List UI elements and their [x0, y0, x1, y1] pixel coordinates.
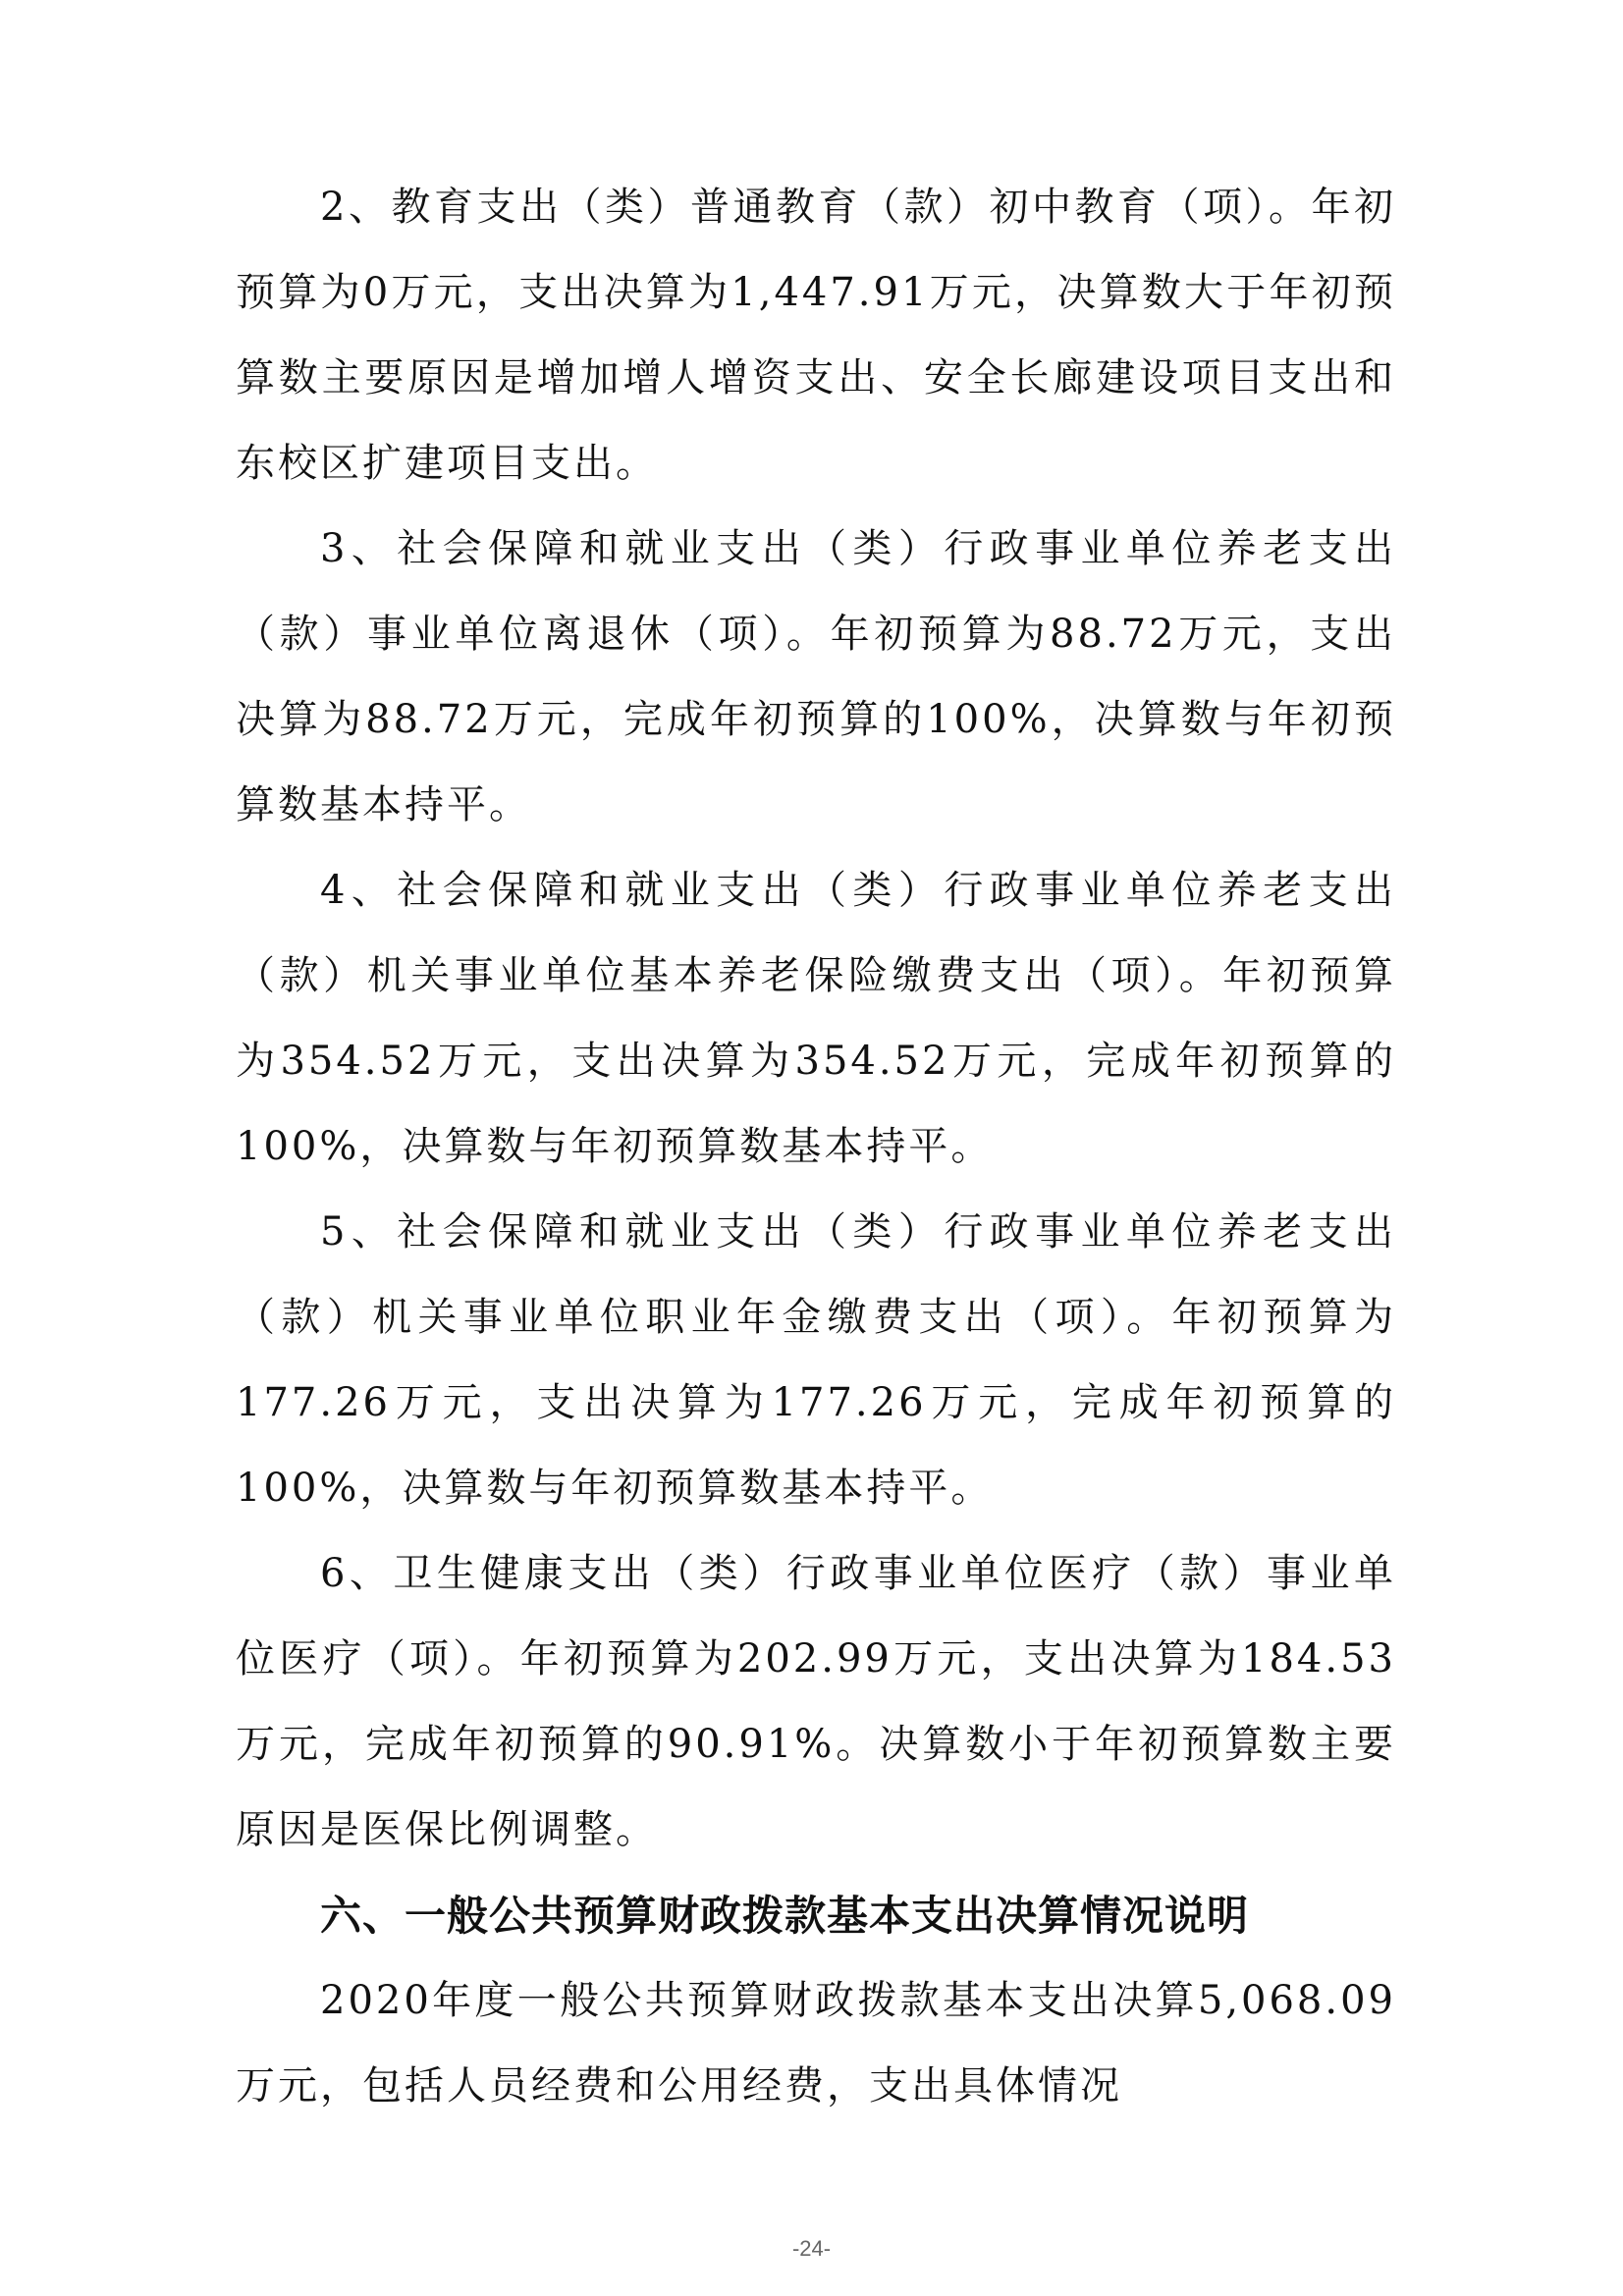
paragraph-occupational-annuity-expenditure: 5、社会保障和就业支出（类）行政事业单位养老支出（款）机关事业单位职业年金缴费支…	[236, 1190, 1396, 1531]
paragraph-retirement-expenditure: 3、社会保障和就业支出（类）行政事业单位养老支出（款）事业单位离退休（项）。年初…	[236, 507, 1396, 848]
page-number: -24-	[0, 2236, 1623, 2262]
section-heading: 六、一般公共预算财政拨款基本支出决算情况说明	[236, 1873, 1396, 1958]
paragraph-pension-insurance-expenditure: 4、社会保障和就业支出（类）行政事业单位养老支出（款）机关事业单位基本养老保险缴…	[236, 848, 1396, 1190]
paragraph-basic-expenditure: 2020年度一般公共预算财政拨款基本支出决算5,068.09万元，包括人员经费和…	[236, 1958, 1396, 2129]
paragraph-education-expenditure: 2、教育支出（类）普通教育（款）初中教育（项）。年初预算为0万元，支出决算为1,…	[236, 165, 1396, 507]
document-body: 2、教育支出（类）普通教育（款）初中教育（项）。年初预算为0万元，支出决算为1,…	[236, 165, 1396, 2129]
paragraph-medical-expenditure: 6、卫生健康支出（类）行政事业单位医疗（款）事业单位医疗（项）。年初预算为202…	[236, 1531, 1396, 1873]
